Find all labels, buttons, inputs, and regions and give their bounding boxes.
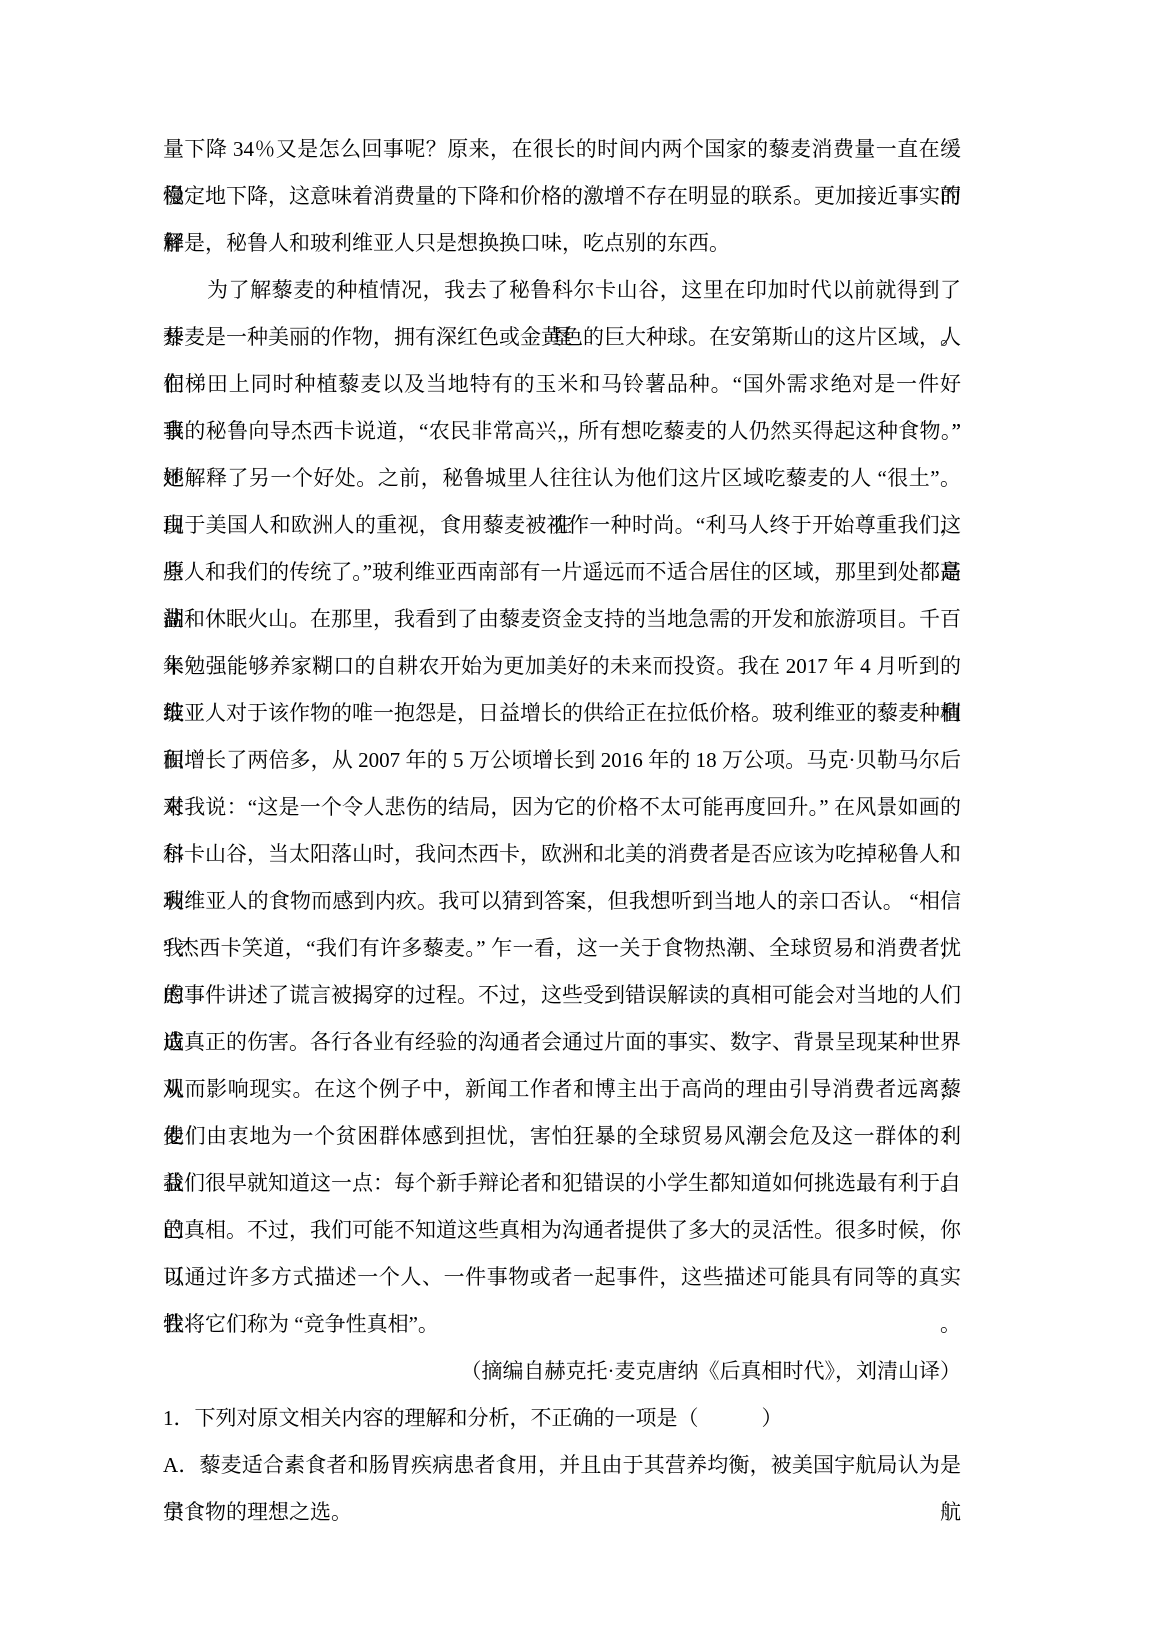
body-line: 积增长了两倍多，从 2007 年的 5 万公顷增长到 2016 年的 18 万公… xyxy=(163,737,961,784)
body-line: 他们由衷地为一个贫困群体感到担忧，害怕狂暴的全球贸易风潮会危及这一群体的利益。 xyxy=(163,1113,961,1160)
body-line: 我们很早就知道这一点：每个新手辩论者和犯错误的小学生都知道如何挑选最有利于自己 xyxy=(163,1160,961,1207)
body-line: 稳定地下降，这意味着消费量的下降和价格的激增不存在明显的联系。更加接近事实的解 xyxy=(163,173,961,220)
source-attribution: （摘编自赫克托·麦克唐纳《后真相时代》，刘清山译） xyxy=(163,1348,961,1395)
body-line: 的事件讲述了谎言被揭穿的过程。不过，这些受到错误解读的真相可能会对当地的人们造 xyxy=(163,972,961,1019)
body-line: 维亚人对于该作物的唯一抱怨是，日益增长的供给正在拉低价格。玻利维亚的藜麦种植面 xyxy=(163,690,961,737)
body-line: 为了解藜麦的种植情况，我去了秘鲁科尔卡山谷，这里在印加时代以前就得到了开垦。 xyxy=(163,267,961,314)
body-line: 由于美国人和欧洲人的重视，食用藜麦被视作一种时尚。“利马人终于开始尊重我们这些高 xyxy=(163,502,961,549)
body-line: 藜麦是一种美丽的作物，拥有深红色或金黄色的巨大种球。在安第斯山的这片区域，人们 xyxy=(163,314,961,361)
body-line: ” 杰西卡笑道，“我们有许多藜麦。” 乍一看，这一关于食物热潮、全球贸易和消费者… xyxy=(163,925,961,972)
body-line: 释是，秘鲁人和玻利维亚人只是想换换口味，吃点别的东西。 xyxy=(163,220,961,267)
body-line: 湖和休眠火山。在那里，我看到了由藜麦资金支持的当地急需的开发和旅游项目。千百年 xyxy=(163,596,961,643)
body-line: 利维亚人的食物而感到内疚。我可以猜到答案，但我想听到当地人的亲口否认。 “相信我… xyxy=(163,878,961,925)
document-page: 量下降 34％又是怎么回事呢？原来，在很长的时间内两个国家的藜麦消费量一直在缓慢… xyxy=(0,0,1158,1638)
body-line: 我的秘鲁向导杰西卡说道，“农民非常高兴，所有想吃藜麦的人仍然买得起这种食物。” … xyxy=(163,408,961,455)
question-1-option-a: A．藜麦适合素食者和肠胃疾病患者食用，并且由于其营养均衡，被美国宇航局认为是宇航 xyxy=(163,1442,961,1489)
document-body: 量下降 34％又是怎么回事呢？原来，在很长的时间内两个国家的藜麦消费量一直在缓慢… xyxy=(163,126,961,1536)
body-line: 从而影响现实。在这个例子中，新闻工作者和博主出于高尚的理由引导消费者远离藜麦： xyxy=(163,1066,961,1113)
body-line: 量下降 34％又是怎么回事呢？原来，在很长的时间内两个国家的藜麦消费量一直在缓慢… xyxy=(163,126,961,173)
body-line: 还解释了另一个好处。之前，秘鲁城里人往往认为他们这片区域吃藜麦的人 “很土”。现… xyxy=(163,455,961,502)
body-line: 对我说：“这是一个令人悲伤的结局，因为它的价格不太可能再度回升。” 在风景如画的… xyxy=(163,784,961,831)
body-line: 原人和我们的传统了。”玻利维亚西南部有一片遥远而不适合居住的区域，那里到处都是盐 xyxy=(163,549,961,596)
body-line: 在梯田上同时种植藜麦以及当地特有的玉米和马铃薯品种。“国外需求绝对是一件好事，” xyxy=(163,361,961,408)
body-line: 成真正的伤害。各行各业有经验的沟通者会通过片面的事实、数字、背景呈现某种世界观， xyxy=(163,1019,961,1066)
body-line: 来勉强能够养家糊口的自耕农开始为更加美好的未来而投资。我在 2017 年 4 月… xyxy=(163,643,961,690)
body-line: 以通过许多方式描述一个人、一件事物或者一起事件，这些描述可能具有同等的真实性。 xyxy=(163,1254,961,1301)
body-line: 尔卡山谷，当太阳落山时，我问杰西卡，欧洲和北美的消费者是否应该为吃掉秘鲁人和玻 xyxy=(163,831,961,878)
question-1-stem: 1．下列对原文相关内容的理解和分析，不正确的一项是（ ） xyxy=(163,1395,961,1442)
body-line: 的真相。不过，我们可能不知道这些真相为沟通者提供了多大的灵活性。很多时候，你可 xyxy=(163,1207,961,1254)
